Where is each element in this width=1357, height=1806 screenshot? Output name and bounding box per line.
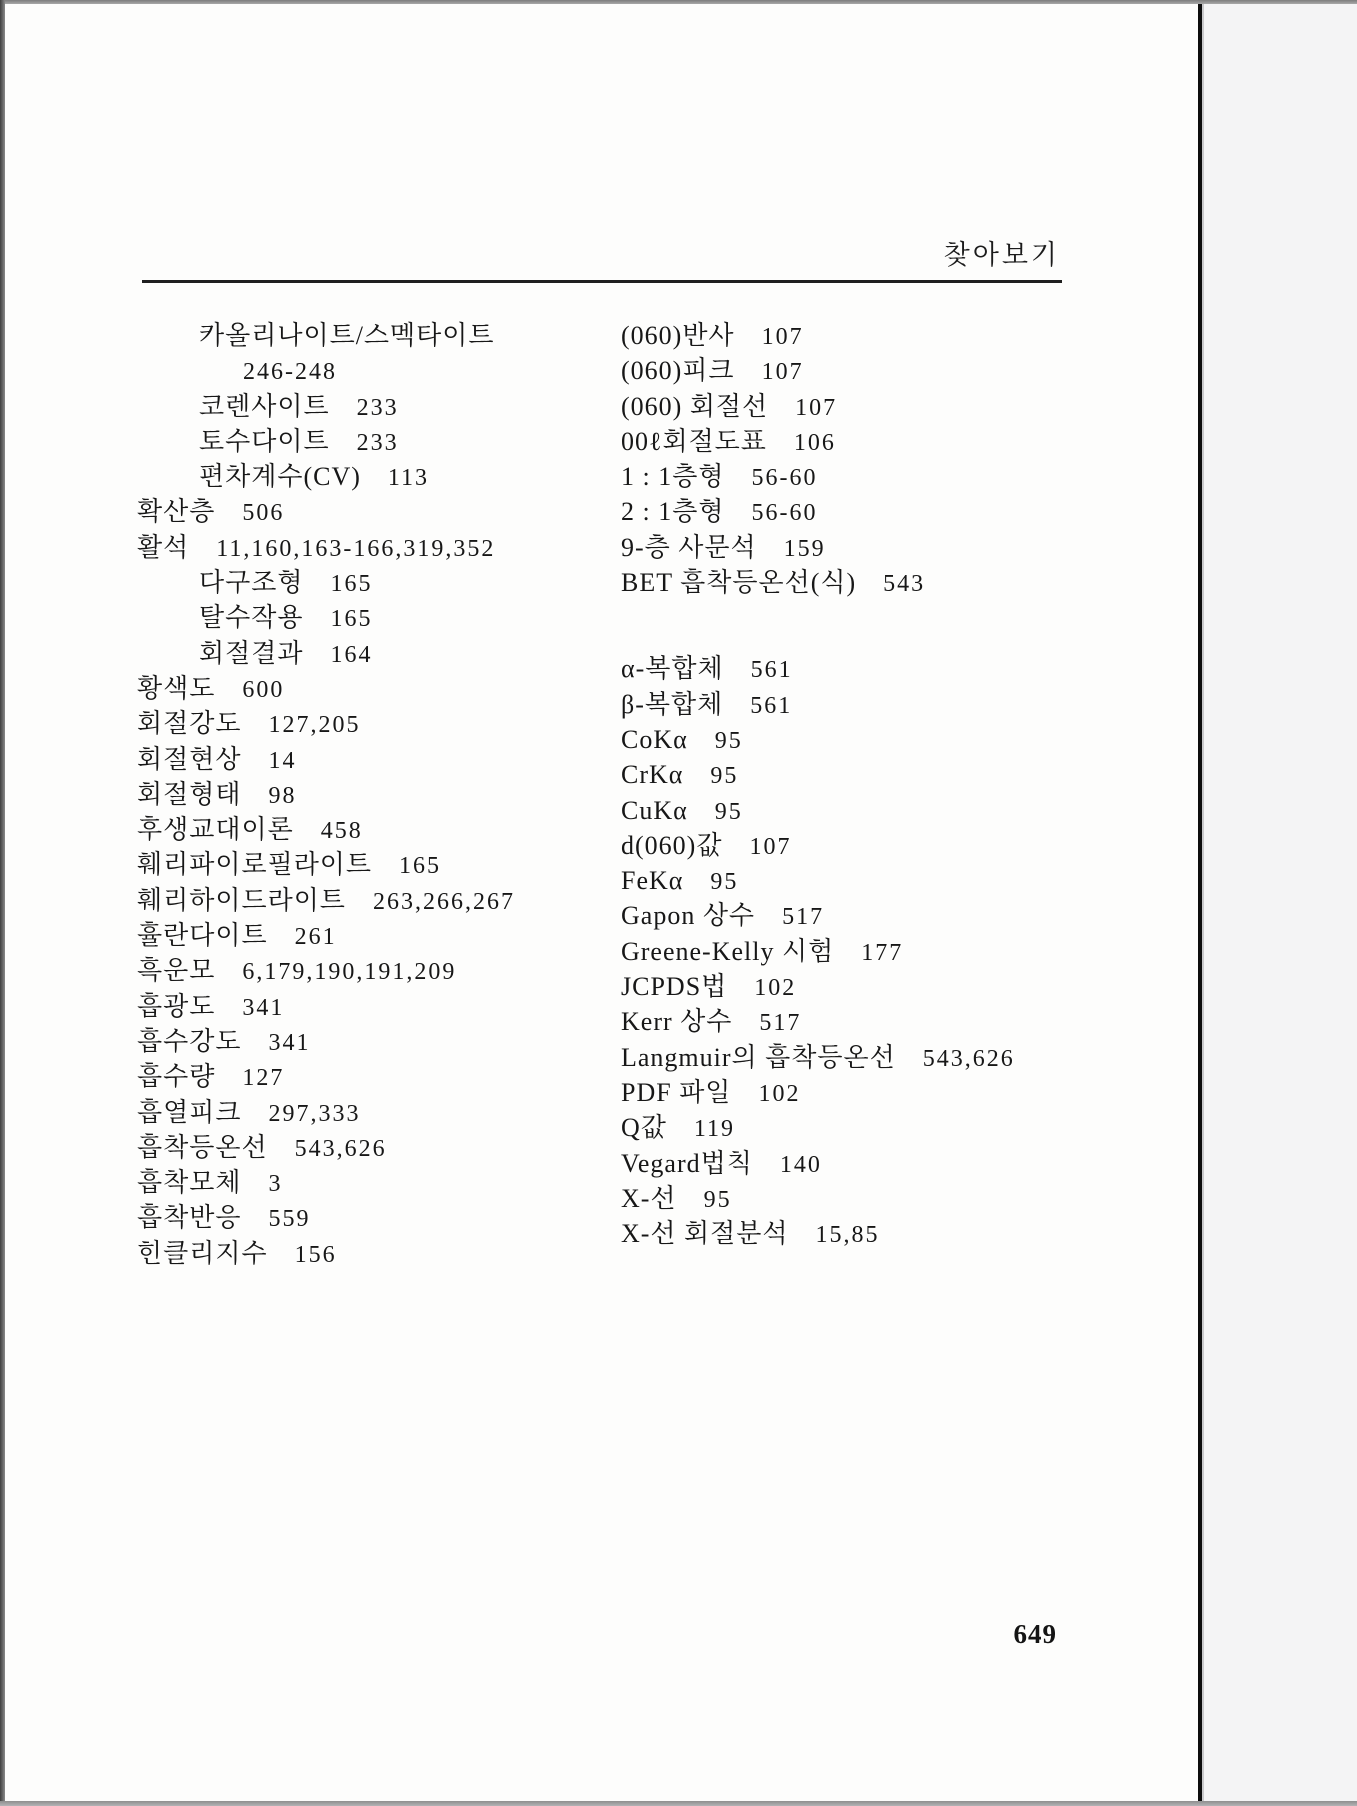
index-entry: 흡착등온선543,626 bbox=[137, 1130, 617, 1165]
index-entry: 확산층506 bbox=[137, 494, 617, 529]
index-page-numbers: 56-60 bbox=[751, 500, 817, 526]
index-term: (060)피크 bbox=[621, 356, 735, 385]
index-term: 흡수량 bbox=[137, 1062, 215, 1091]
scan-border-bottom bbox=[0, 1801, 1357, 1806]
index-page-numbers: 107 bbox=[762, 359, 804, 385]
index-entry: 황색도600 bbox=[137, 671, 617, 706]
index-page-numbers: 95 bbox=[710, 869, 738, 895]
index-page-numbers: 127 bbox=[242, 1065, 284, 1091]
index-term: 1 : 1층형 bbox=[621, 462, 724, 491]
index-term: BET 흡착등온선(식) bbox=[621, 568, 856, 597]
index-entry: 1 : 1층형56-60 bbox=[621, 459, 1121, 494]
index-entry: (060) 회절선107 bbox=[621, 389, 1121, 424]
index-entry: 2 : 1층형56-60 bbox=[621, 494, 1121, 529]
index-page-numbers: 341 bbox=[268, 1030, 310, 1056]
index-term: FeKα bbox=[621, 866, 683, 895]
index-page-numbers: 233 bbox=[357, 395, 399, 421]
index-page-numbers: 3 bbox=[268, 1171, 282, 1197]
index-term: 흡착모체 bbox=[137, 1168, 241, 1197]
index-entry: 회절현상14 bbox=[137, 742, 617, 777]
index-entry: 편차계수(CV)113 bbox=[137, 459, 617, 494]
index-entry: Greene-Kelly 시험177 bbox=[621, 934, 1121, 969]
index-page-numbers: 95 bbox=[704, 1187, 732, 1213]
index-entry: Langmuir의 흡착등온선543,626 bbox=[621, 1040, 1121, 1075]
index-term: 회절강도 bbox=[137, 709, 241, 738]
index-entry: Vegard법칙140 bbox=[621, 1146, 1121, 1181]
index-entry: 흡광도341 bbox=[137, 989, 617, 1024]
index-term: CoKα bbox=[621, 725, 688, 754]
index-entry: 카올리나이트/스멕타이트 bbox=[137, 318, 617, 353]
index-term: Kerr 상수 bbox=[621, 1007, 732, 1036]
index-page-numbers: 506 bbox=[242, 500, 284, 526]
index-term: CuKα bbox=[621, 796, 688, 825]
index-page-numbers: 159 bbox=[784, 536, 826, 562]
index-term: 흡착반응 bbox=[137, 1203, 241, 1232]
index-page-numbers: 106 bbox=[794, 430, 836, 456]
index-page-numbers: 95 bbox=[715, 799, 743, 825]
index-term: 회절결과 bbox=[199, 639, 303, 668]
index-page-numbers: 165 bbox=[330, 606, 372, 632]
index-term: (060) 회절선 bbox=[621, 392, 768, 421]
index-term: Langmuir의 흡착등온선 bbox=[621, 1043, 896, 1072]
index-page-numbers: 107 bbox=[749, 834, 791, 860]
index-page-numbers: 95 bbox=[710, 763, 738, 789]
index-page-numbers: 14 bbox=[268, 748, 296, 774]
index-term: JCPDS법 bbox=[621, 972, 727, 1001]
index-entry: 훼리하이드라이트263,266,267 bbox=[137, 883, 617, 918]
index-page-numbers: 177 bbox=[861, 940, 903, 966]
index-entry: (060)피크107 bbox=[621, 353, 1121, 388]
index-term: 코렌사이트 bbox=[199, 392, 330, 421]
index-term: Gapon 상수 bbox=[621, 901, 755, 930]
index-page-numbers: 127,205 bbox=[268, 712, 360, 738]
index-page-numbers: 543 bbox=[883, 571, 925, 597]
index-entry: Kerr 상수517 bbox=[621, 1004, 1121, 1039]
index-entry: d(060)값107 bbox=[621, 828, 1121, 863]
scan-border-left bbox=[0, 0, 5, 1806]
index-entry: 회절강도127,205 bbox=[137, 706, 617, 741]
index-entry: 훼리파이로필라이트165 bbox=[137, 847, 617, 882]
page-number: 649 bbox=[1014, 1619, 1058, 1650]
index-entry: BET 흡착등온선(식)543 bbox=[621, 565, 1121, 600]
index-page-numbers: 543,626 bbox=[923, 1046, 1015, 1072]
index-page-numbers: 458 bbox=[321, 818, 363, 844]
index-entry: α-복합체561 bbox=[621, 651, 1121, 686]
index-page-numbers: 517 bbox=[782, 904, 824, 930]
index-page-numbers: 543,626 bbox=[295, 1136, 387, 1162]
index-term: 회절현상 bbox=[137, 745, 241, 774]
index-entry: 9-층 사문석159 bbox=[621, 530, 1121, 565]
index-term: 흡열피크 bbox=[137, 1098, 241, 1127]
index-entry: 회절형태98 bbox=[137, 777, 617, 812]
header-rule bbox=[142, 280, 1062, 283]
index-page-numbers: 11,160,163-166,319,352 bbox=[216, 536, 495, 562]
index-entry: 코렌사이트233 bbox=[137, 389, 617, 424]
index-page-numbers: 559 bbox=[268, 1206, 310, 1232]
index-entry: 흡착모체3 bbox=[137, 1165, 617, 1200]
index-entry: JCPDS법102 bbox=[621, 969, 1121, 1004]
index-term: 황색도 bbox=[137, 674, 215, 703]
index-entry: CoKα95 bbox=[621, 722, 1121, 757]
index-page-numbers: 263,266,267 bbox=[373, 889, 515, 915]
index-page-numbers: 156 bbox=[295, 1242, 337, 1268]
index-entry: β-복합체561 bbox=[621, 687, 1121, 722]
index-page-numbers: 56-60 bbox=[751, 465, 817, 491]
index-term: 탈수작용 bbox=[199, 603, 303, 632]
index-page-numbers: 165 bbox=[330, 571, 372, 597]
index-page-numbers: 113 bbox=[388, 465, 429, 491]
index-term: 9-층 사문석 bbox=[621, 533, 757, 562]
index-entry: 탈수작용165 bbox=[137, 600, 617, 635]
index-page-numbers: 95 bbox=[715, 728, 743, 754]
index-page-numbers: 561 bbox=[750, 693, 792, 719]
index-term: Vegard법칙 bbox=[621, 1149, 753, 1178]
index-entry: 흑운모6,179,190,191,209 bbox=[137, 953, 617, 988]
index-term: α-복합체 bbox=[621, 654, 724, 683]
index-page-numbers: 140 bbox=[780, 1152, 822, 1178]
index-term: d(060)값 bbox=[621, 831, 722, 860]
index-page-numbers: 107 bbox=[795, 395, 837, 421]
index-page-numbers: 246-248 bbox=[243, 359, 337, 385]
index-entry: 흡열피크297,333 bbox=[137, 1095, 617, 1130]
index-entry: 흡착반응559 bbox=[137, 1200, 617, 1235]
index-page-numbers: 297,333 bbox=[268, 1101, 360, 1127]
index-page-numbers: 233 bbox=[357, 430, 399, 456]
index-page-numbers: 119 bbox=[694, 1116, 735, 1142]
scanned-book-page: 찾아보기 카올리나이트/스멕타이트246-248코렌사이트233토수다이트233… bbox=[0, 0, 1357, 1806]
index-entry: (060)반사107 bbox=[621, 318, 1121, 353]
index-term: Greene-Kelly 시험 bbox=[621, 937, 834, 966]
index-term: 토수다이트 bbox=[199, 427, 330, 456]
index-entry: X-선95 bbox=[621, 1181, 1121, 1216]
index-column-left: 카올리나이트/스멕타이트246-248코렌사이트233토수다이트233편차계수(… bbox=[137, 318, 617, 1271]
index-entry: 활석11,160,163-166,319,352 bbox=[137, 530, 617, 565]
index-term: 휼란다이트 bbox=[137, 921, 268, 950]
index-entry: 다구조형165 bbox=[137, 565, 617, 600]
index-page-numbers: 261 bbox=[295, 924, 337, 950]
page-edge-shadow bbox=[1202, 4, 1204, 1801]
index-term: β-복합체 bbox=[621, 690, 723, 719]
index-term: 힌클리지수 bbox=[137, 1239, 268, 1268]
running-head-title: 찾아보기 bbox=[944, 233, 1060, 272]
index-term: 확산층 bbox=[137, 497, 215, 526]
index-entry: Q값119 bbox=[621, 1110, 1121, 1145]
index-page-numbers: 98 bbox=[268, 783, 296, 809]
index-term: 흑운모 bbox=[137, 956, 215, 985]
index-term: 후생교대이론 bbox=[137, 815, 294, 844]
index-term: 2 : 1층형 bbox=[621, 497, 724, 526]
index-page-numbers: 561 bbox=[751, 657, 793, 683]
index-entry: 후생교대이론458 bbox=[137, 812, 617, 847]
scan-border-top bbox=[0, 0, 1357, 4]
index-term: 활석 bbox=[137, 533, 189, 562]
index-page-numbers: 600 bbox=[242, 677, 284, 703]
index-entry: 246-248 bbox=[137, 353, 617, 388]
index-term: CrKα bbox=[621, 760, 683, 789]
index-page-numbers: 164 bbox=[330, 642, 372, 668]
index-entry: CuKα95 bbox=[621, 793, 1121, 828]
index-term: 흡착등온선 bbox=[137, 1133, 268, 1162]
index-entry: X-선 회절분석15,85 bbox=[621, 1216, 1121, 1251]
index-term: PDF 파일 bbox=[621, 1078, 731, 1107]
index-page-numbers: 6,179,190,191,209 bbox=[242, 959, 456, 985]
index-entry: FeKα95 bbox=[621, 863, 1121, 898]
index-term: 카올리나이트/스멕타이트 bbox=[199, 321, 495, 350]
index-entry: 토수다이트233 bbox=[137, 424, 617, 459]
index-entry: 00ℓ회절도표106 bbox=[621, 424, 1121, 459]
index-entry: 회절결과164 bbox=[137, 636, 617, 671]
index-column-right: (060)반사107(060)피크107(060) 회절선10700ℓ회절도표1… bbox=[621, 318, 1121, 1251]
index-page-numbers: 102 bbox=[754, 975, 796, 1001]
index-page-numbers: 15,85 bbox=[816, 1222, 880, 1248]
index-entry: CrKα95 bbox=[621, 757, 1121, 792]
index-page-numbers: 517 bbox=[759, 1010, 801, 1036]
index-term: 흡수강도 bbox=[137, 1027, 241, 1056]
index-entry: Gapon 상수517 bbox=[621, 898, 1121, 933]
index-term: X-선 회절분석 bbox=[621, 1219, 789, 1248]
index-entry: 흡수강도341 bbox=[137, 1024, 617, 1059]
index-term: 회절형태 bbox=[137, 780, 241, 809]
index-entry: PDF 파일102 bbox=[621, 1075, 1121, 1110]
index-term: 흡광도 bbox=[137, 992, 215, 1021]
index-term: Q값 bbox=[621, 1113, 667, 1142]
index-entry: 흡수량127 bbox=[137, 1059, 617, 1094]
index-term: 편차계수(CV) bbox=[199, 462, 361, 491]
index-term: 훼리파이로필라이트 bbox=[137, 850, 372, 879]
index-page-numbers: 341 bbox=[242, 995, 284, 1021]
index-page-numbers: 102 bbox=[758, 1081, 800, 1107]
index-entry: 휼란다이트261 bbox=[137, 918, 617, 953]
index-term: 훼리하이드라이트 bbox=[137, 886, 346, 915]
index-page-numbers: 107 bbox=[762, 324, 804, 350]
index-term: 다구조형 bbox=[199, 568, 303, 597]
index-term: (060)반사 bbox=[621, 321, 735, 350]
index-entry: 힌클리지수156 bbox=[137, 1236, 617, 1271]
index-term: X-선 bbox=[621, 1184, 677, 1213]
index-term: 00ℓ회절도표 bbox=[621, 427, 767, 456]
index-page-numbers: 165 bbox=[399, 853, 441, 879]
